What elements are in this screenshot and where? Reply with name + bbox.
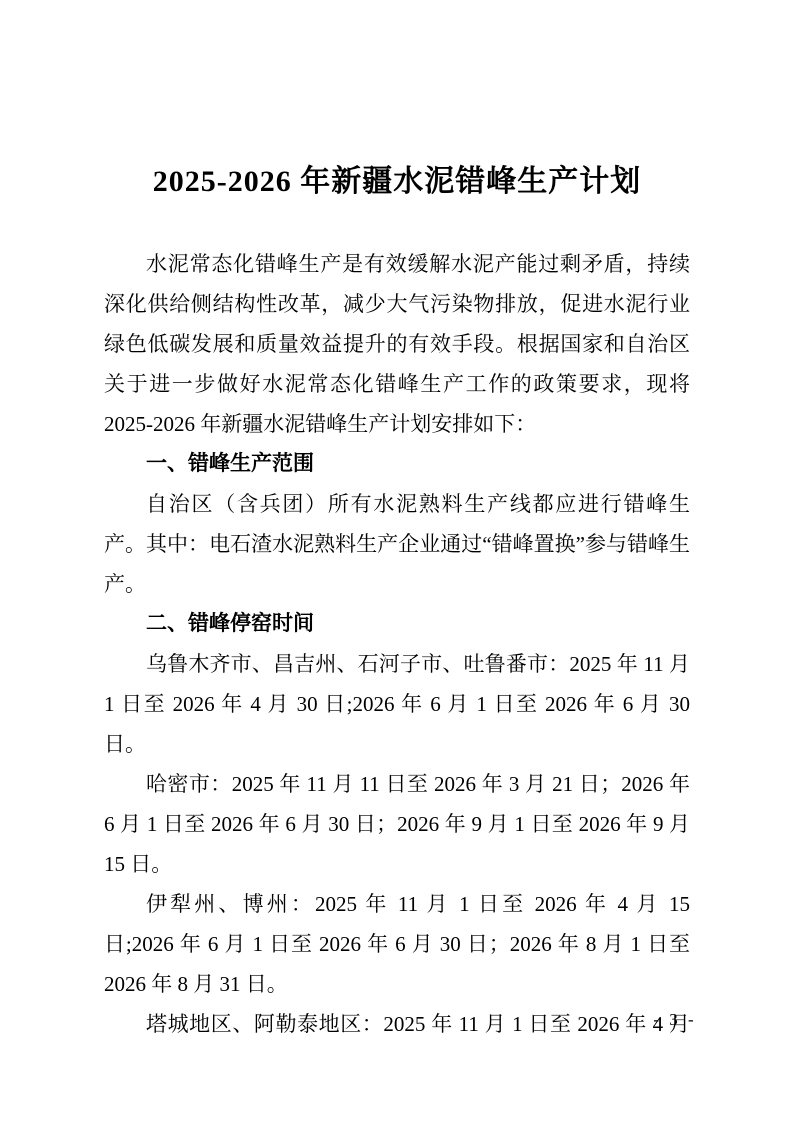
document-title: 2025-2026 年新疆水泥错峰生产计划 bbox=[104, 160, 690, 204]
section-2-paragraph-urumqi: 乌鲁木齐市、昌吉州、石河子市、吐鲁番市：2025 年 11 月 1 日至 202… bbox=[104, 644, 690, 764]
section-2-paragraph-yili: 伊犁州、博州：2025 年 11 月 1 日至 2026 年 4 月 15 日;… bbox=[104, 884, 690, 1004]
section-2-heading: 二、错峰停窑时间 bbox=[104, 604, 690, 644]
document-page: 2025-2026 年新疆水泥错峰生产计划 水泥常态化错峰生产是有效缓解水泥产能… bbox=[0, 0, 793, 1122]
section-1-paragraph: 自治区（含兵团）所有水泥熟料生产线都应进行错峰生产。其中：电石渣水泥熟料生产企业… bbox=[104, 484, 690, 604]
section-1-heading: 一、错峰生产范围 bbox=[104, 444, 690, 484]
document-body: 水泥常态化错峰生产是有效缓解水泥产能过剩矛盾，持续深化供给侧结构性改革，减少大气… bbox=[104, 244, 690, 1044]
section-2-paragraph-tacheng: 塔城地区、阿勒泰地区：2025 年 11 月 1 日至 2026 年 4 月 bbox=[104, 1004, 690, 1044]
page-number: - 3 - bbox=[635, 1006, 715, 1034]
section-2-paragraph-hami: 哈密市：2025 年 11 月 11 日至 2026 年 3 月 21 日；20… bbox=[104, 764, 690, 884]
intro-paragraph: 水泥常态化错峰生产是有效缓解水泥产能过剩矛盾，持续深化供给侧结构性改革，减少大气… bbox=[104, 244, 690, 444]
document-content: 2025-2026 年新疆水泥错峰生产计划 水泥常态化错峰生产是有效缓解水泥产能… bbox=[104, 0, 690, 1044]
